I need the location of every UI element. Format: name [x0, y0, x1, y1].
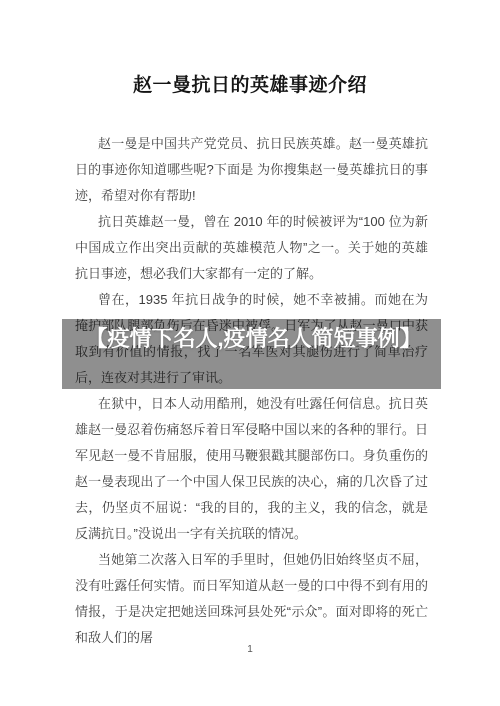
- paragraph: 当她第二次落入日军的手里时，但她仍旧始终坚贞不屈，没有吐露任何实情。而日军知道从…: [75, 547, 428, 651]
- paragraph: 赵一曼是中国共产党党员、抗日民族英雄。赵一曼英雄抗日的事迹你知道哪些呢?下面是 …: [75, 131, 428, 209]
- paragraph: 在狱中，日本人动用酷刑，她没有吐露任何信息。抗日英雄赵一曼忍着伤痛怒斥着日军侵略…: [75, 391, 428, 547]
- page-number: 1: [0, 644, 500, 656]
- article-body: 赵一曼是中国共产党党员、抗日民族英雄。赵一曼英雄抗日的事迹你知道哪些呢?下面是 …: [75, 131, 428, 651]
- paragraph: 抗日英雄赵一曼，曾在 2010 年的时候被评为“100 位为新中国成立作出突出贡…: [75, 209, 428, 287]
- article-title: 赵一曼抗日的英雄事迹介绍: [0, 70, 500, 97]
- document-page: 赵一曼抗日的英雄事迹介绍 赵一曼是中国共产党党员、抗日民族英雄。赵一曼英雄抗日的…: [0, 0, 500, 706]
- watermark-banner: 【疫情下名人,疫情名人简短事例】: [62, 319, 441, 389]
- watermark-banner-text: 【疫情下名人,疫情名人简短事例】: [86, 324, 418, 353]
